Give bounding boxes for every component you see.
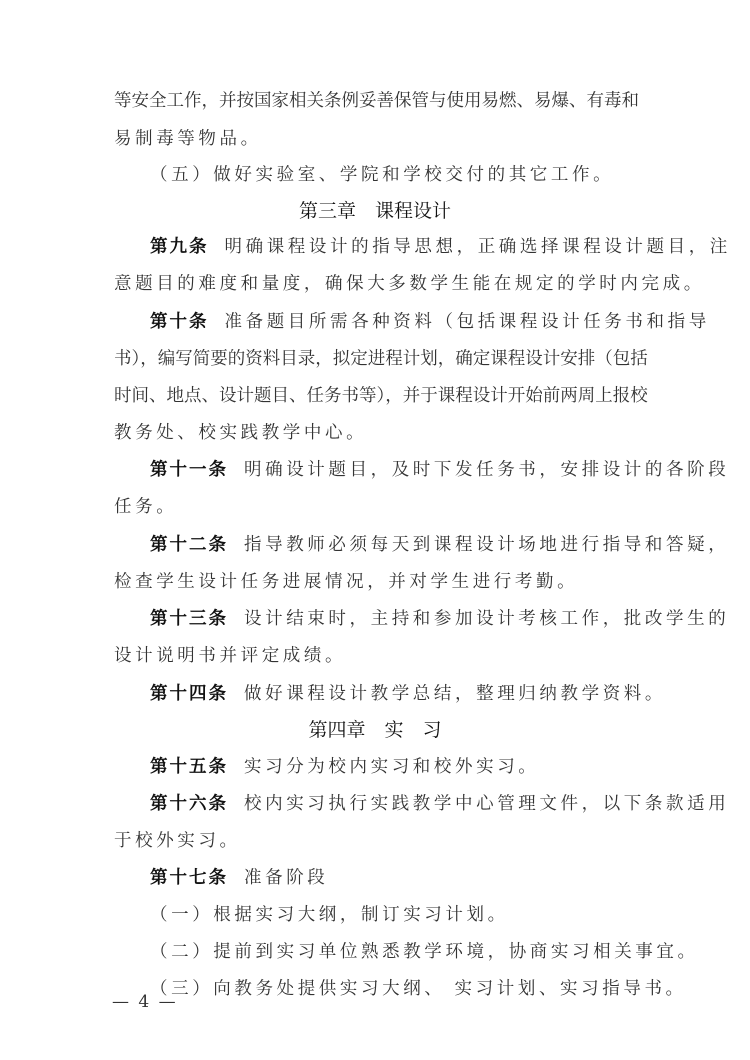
- article-text: 明确设计题目，及时下发任务书，安排设计的各阶段: [244, 460, 729, 480]
- article-label: 第十五条: [150, 757, 228, 777]
- paragraph-line: 任务。: [114, 495, 634, 519]
- paragraph-line: 教务处、校实践教学中心。: [114, 421, 634, 445]
- article-12: 第十二条指导教师必须每天到课程设计场地进行指导和答疑，: [150, 533, 634, 557]
- article-text: 校内实习执行实践教学中心管理文件，以下条款适用: [244, 794, 729, 814]
- paragraph-line: 易制毒等物品。: [114, 127, 634, 151]
- article-13: 第十三条设计结束时，主持和参加设计考核工作，批改学生的: [150, 607, 634, 631]
- paragraph-line: 意题目的难度和量度，确保大多数学生能在规定的学时内完成。: [114, 272, 634, 296]
- article-label: 第九条: [150, 237, 209, 257]
- article-text: 设计结束时，主持和参加设计考核工作，批改学生的: [244, 609, 729, 629]
- paragraph-line: 书），编写简要的资料目录，拟定进程计划，确定课程设计安排（包括: [114, 347, 634, 371]
- article-11: 第十一条明确设计题目，及时下发任务书，安排设计的各阶段: [150, 458, 634, 482]
- paragraph-line: （五）做好实验室、学院和学校交付的其它工作。: [150, 163, 634, 187]
- article-label: 第十条: [150, 312, 209, 332]
- paragraph-line: 时间、地点、设计题目、任务书等），并于课程设计开始前两周上报校: [114, 384, 634, 408]
- article-label: 第十三条: [150, 609, 228, 629]
- article-text: 指导教师必须每天到课程设计场地进行指导和答疑，: [244, 535, 729, 555]
- chapter-4-heading: 第四章 实 习: [0, 717, 750, 743]
- article-label: 第十一条: [150, 460, 228, 480]
- article-15: 第十五条实习分为校内实习和校外实习。: [150, 755, 634, 779]
- article-10: 第十条准备题目所需各种资料（包括课程设计任务书和指导: [150, 310, 634, 334]
- paragraph-line: 设计说明书并评定成绩。: [114, 644, 634, 668]
- article-text: 实习分为校内实习和校外实习。: [244, 757, 539, 777]
- article-label: 第十四条: [150, 684, 228, 704]
- article-label: 第十二条: [150, 535, 228, 555]
- document-page: 等安全工作，并按国家相关条例妥善保管与使用易燃、易爆、有毒和 易制毒等物品。 （…: [0, 0, 750, 1060]
- article-label: 第十七条: [150, 868, 228, 888]
- article-text: 做好课程设计教学总结，整理归纳教学资料。: [244, 684, 666, 704]
- article-9: 第九条明确课程设计的指导思想，正确选择课程设计题目，注: [150, 235, 634, 259]
- paragraph-line: 等安全工作，并按国家相关条例妥善保管与使用易燃、易爆、有毒和: [114, 89, 634, 113]
- article-16: 第十六条校内实习执行实践教学中心管理文件，以下条款适用: [150, 792, 634, 816]
- article-17: 第十七条准备阶段: [150, 866, 634, 890]
- article-label: 第十六条: [150, 794, 228, 814]
- chapter-3-heading: 第三章 课程设计: [0, 198, 750, 224]
- paragraph-line: 于校外实习。: [114, 829, 634, 853]
- list-item: （二）提前到实习单位熟悉教学环境，协商实习相关事宜。: [150, 940, 634, 964]
- article-14: 第十四条做好课程设计教学总结，整理归纳教学资料。: [150, 682, 634, 706]
- list-item: （一）根据实习大纲，制订实习计划。: [150, 903, 634, 927]
- article-text: 准备题目所需各种资料（包括课程设计任务书和指导: [225, 312, 710, 332]
- list-item: （三）向教务处提供实习大纲、 实习计划、实习指导书。: [150, 977, 634, 1001]
- article-text: 明确课程设计的指导思想，正确选择课程设计题目，注: [225, 237, 731, 257]
- paragraph-line: 检查学生设计任务进展情况，并对学生进行考勤。: [114, 570, 634, 594]
- article-text: 准备阶段: [244, 868, 328, 888]
- page-number: — 4 —: [112, 992, 178, 1012]
